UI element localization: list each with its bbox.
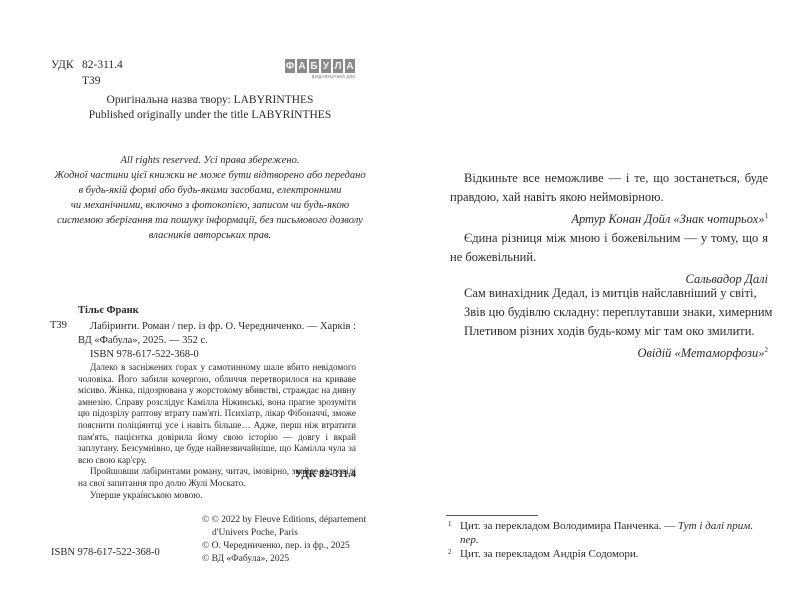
logo-letter: Л xyxy=(333,59,343,73)
publisher-logo: Ф А Б У Л А ВИДАВНИЧИЙ ДІМ xyxy=(285,59,355,79)
original-title-en: Published originally under the title LAB… xyxy=(40,108,380,123)
attribution-text: Овідій «Метаморфози» xyxy=(637,346,764,360)
catalog-annotation: Далеко в засніжених горах у самотинному … xyxy=(78,362,356,501)
rights-line: All rights reserved. Усі права збережено… xyxy=(40,153,380,168)
epigraph-dali: Єдина різниця між мною і божевільним — у… xyxy=(450,229,768,289)
epigraph-text: Відкиньте все неможливе — і те, що зоста… xyxy=(450,169,768,207)
verse-line: Звів цю будівлю складну: переплутавши зн… xyxy=(450,303,768,322)
catalog-bibliographic: Лабіринти. Роман / пер. із фр. О. Чередн… xyxy=(78,320,356,348)
catalog-author: Тільє Франк xyxy=(78,305,139,316)
rights-line: власників авторських прав. xyxy=(40,228,380,243)
catalog-mark: Т39 xyxy=(50,320,67,331)
epigraph-doyle: Відкиньте все неможливе — і те, що зоста… xyxy=(450,169,768,229)
rights-line: в будь-якій формі або будь-якими засобам… xyxy=(40,183,380,198)
udk-code: 82-311.4 xyxy=(82,59,123,71)
copyright-line: © О. Чередниченко, пер. із фр., 2025 xyxy=(202,540,366,553)
left-page: УДК 82-311.4 Т39 Ф А Б У Л А ВИДАВНИЧИЙ … xyxy=(0,0,400,615)
annotation-paragraph: Уперше українською мовою. xyxy=(78,490,356,502)
footnote-divider xyxy=(446,515,538,516)
author-mark: Т39 xyxy=(82,75,101,87)
verse-line: Сам винахідник Дедал, із митців найславн… xyxy=(450,284,768,303)
logo-letter: Б xyxy=(309,59,319,73)
logo-letter: Ф xyxy=(285,59,295,73)
original-title: Оригінальна назва твору: LABYRINTHES Pub… xyxy=(40,93,380,123)
copyright-line: © ВД «Фабула», 2025 xyxy=(202,553,366,566)
epigraph-text: Єдина різниця між мною і божевільним — у… xyxy=(450,229,768,267)
verse-line: Плетивом різних ходів будь-кому міг там … xyxy=(450,322,768,341)
footnote-text: Цит. за перекладом Андрія Содомори. xyxy=(460,548,639,560)
rights-line: чи механічними, включно з фотокопією, за… xyxy=(40,198,380,213)
footnotes: 1 Цит. за перекладом Володимира Панченка… xyxy=(446,519,771,561)
logo-letter: А xyxy=(297,59,307,73)
rights-line: системою зберігання та пошуку інформації… xyxy=(40,213,380,228)
footnote-number: 2 xyxy=(448,545,452,559)
rights-notice: All rights reserved. Усі права збережено… xyxy=(40,153,380,243)
footnote-ref[interactable]: 2 xyxy=(765,346,769,354)
logo-letter: У xyxy=(321,59,331,73)
original-title-uk: Оригінальна назва твору: LABYRINTHES xyxy=(40,93,380,108)
annotation-paragraph: Далеко в засніжених горах у самотинному … xyxy=(78,362,356,466)
epigraph-ovid: Сам винахідник Дедал, із митців найславн… xyxy=(450,284,768,363)
copyright-line: d'Univers Poche, Paris xyxy=(202,527,366,540)
copyright-block: © © 2022 by Fleuve Editions, département… xyxy=(202,514,366,566)
footnote-number: 1 xyxy=(448,517,452,531)
epigraph-attribution: Овідій «Метаморфози»2 xyxy=(450,341,768,363)
footnote-2: 2 Цит. за перекладом Андрія Содомори. xyxy=(446,547,771,561)
isbn: ISBN 978-617-522-368-0 xyxy=(51,547,160,558)
rights-line: Жодної частини цієї книжки не може бути … xyxy=(40,168,380,183)
copyright-line: © © 2022 by Fleuve Editions, département xyxy=(202,514,366,527)
epigraph-attribution: Артур Конан Дойл «Знак чотирьох»1 xyxy=(450,207,768,229)
logo-subtitle: ВИДАВНИЧИЙ ДІМ xyxy=(312,74,355,79)
udk-label: УДК xyxy=(51,59,74,71)
catalog-isbn: ISBN 978-617-522-368-0 xyxy=(90,349,199,360)
attribution-text: Артур Конан Дойл «Знак чотирьох» xyxy=(571,212,764,226)
logo-letters: Ф А Б У Л А xyxy=(285,59,355,73)
footnote-text: Цит. за перекладом Володимира Панченка. … xyxy=(460,520,678,532)
footnote-1: 1 Цит. за перекладом Володимира Панченка… xyxy=(446,519,771,547)
footnote-ref[interactable]: 1 xyxy=(765,212,769,220)
catalog-udk: УДК 82-311.4 xyxy=(295,469,356,480)
logo-letter: А xyxy=(345,59,355,73)
